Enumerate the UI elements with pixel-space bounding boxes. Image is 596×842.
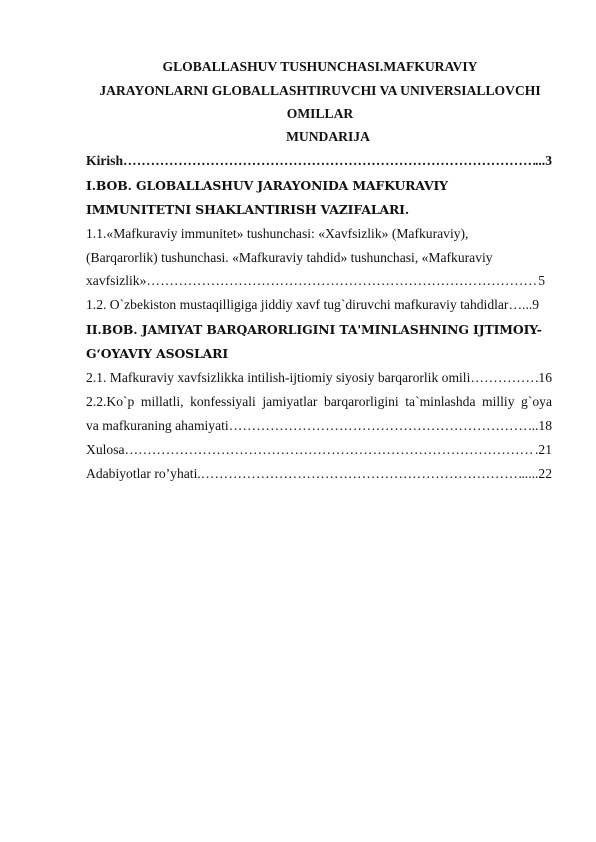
toc-chapter-2-line-2[interactable]: G‘OYAVIY ASOSLARI (86, 345, 552, 363)
toc-leader: …………………………………………………………………………………………………………… (201, 465, 522, 483)
toc-page-number: ...3 (535, 152, 552, 170)
toc-leader: …………………………………………………………………………………………………………… (123, 152, 535, 170)
toc-label: Adabiyotlar ro’yhati. (86, 465, 201, 483)
toc-label: Kirish (86, 152, 123, 170)
toc-label: 1.2. O`zbekiston mustaqilligiga jiddiy x… (86, 296, 508, 314)
toc-entry-intro[interactable]: Kirish ………………………………………………………………………………………… (86, 152, 552, 170)
toc-leader: …………………………………………………………………………………………………………… (146, 272, 538, 290)
title-line-2: JARAYONLARNI GLOBALLASHTIRUVCHI VA UNIVE… (80, 82, 560, 100)
toc-section-1-1-line-1[interactable]: 1.1.«Mafkuraviy immunitet» tushunchasi: … (86, 225, 552, 243)
toc-page-number: .....22 (521, 465, 552, 483)
toc-page-number: …...9 (508, 296, 539, 314)
toc-page-number: ...18 (528, 417, 552, 435)
toc-page-number: .21 (535, 441, 552, 459)
toc-label: 2.1. Mafkuraviy xavfsizlikka intilish-ij… (86, 369, 470, 387)
toc-section-1-1-line-2[interactable]: (Barqarorlik) tushunchasi. «Mafkuraviy t… (86, 249, 552, 267)
toc-leader: …………………………………………………………………………………………………………… (470, 369, 538, 387)
toc-leader: …………………………………………………………………………………………………………… (138, 441, 535, 459)
toc-leader: …………………………………………………………………………………………………………… (229, 417, 529, 435)
toc-entry-conclusion[interactable]: Xulosa… ……………………………………………………………………………………… (86, 441, 552, 459)
toc-section-2-2-line-1[interactable]: 2.2.Ko`p millatli, konfessiyali jamiyatl… (86, 393, 552, 411)
toc-entry-section-2-2[interactable]: va mafkuraning ahamiyati ………………………………………… (86, 417, 552, 435)
toc-label: xavfsizlik» (86, 272, 146, 290)
toc-label: va mafkuraning ahamiyati (86, 417, 229, 435)
toc-entry-section-1-1[interactable]: xavfsizlik» …………………………………………………………………………… (86, 272, 545, 290)
toc-page-number: 16 (538, 369, 552, 387)
title-line-3: OMILLAR (80, 105, 560, 123)
contents-heading: MUNDARIJA (88, 128, 568, 146)
toc-label: Xulosa… (86, 441, 138, 459)
toc-chapter-1-line-1[interactable]: I.BOB. GLOBALLASHUV JARAYONIDA MAFKURAVI… (86, 177, 552, 195)
toc-entry-section-1-2[interactable]: 1.2. O`zbekiston mustaqilligiga jiddiy x… (86, 296, 554, 314)
toc-chapter-2-line-1[interactable]: II.BOB. JAMIYAT BARQARORLIGINI TA'MINLAS… (86, 321, 552, 339)
toc-chapter-1-line-2[interactable]: IMMUNITETNI SHAKLANTIRISH VAZIFALARI. (86, 201, 552, 219)
title-line-1: GLOBALLASHUV TUSHUNCHASI.MAFKURAVIY (80, 58, 560, 76)
document-page: GLOBALLASHUV TUSHUNCHASI.MAFKURAVIY JARA… (0, 0, 596, 842)
toc-entry-references[interactable]: Adabiyotlar ro’yhati. ………………………………………………… (86, 465, 552, 483)
toc-page-number: 5 (538, 272, 545, 290)
toc-entry-section-2-1[interactable]: 2.1. Mafkuraviy xavfsizlikka intilish-ij… (86, 369, 552, 387)
